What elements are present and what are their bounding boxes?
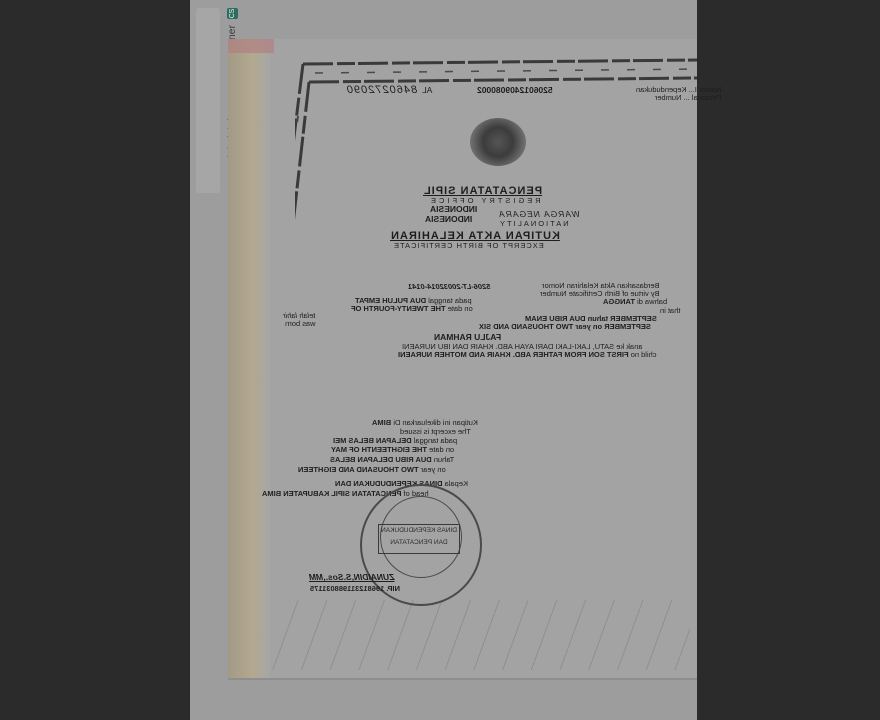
photo-edge-tint bbox=[228, 39, 274, 53]
head-label: Kepala bbox=[445, 479, 468, 488]
issue-year-value-en: TWO THOUSAND AND EIGHTEEN bbox=[298, 465, 419, 474]
signatory-name: ZUNAIDIN,S.Sos.,MM bbox=[309, 572, 394, 582]
certificate-number: 5206-LT-20032014-0141 bbox=[408, 282, 490, 291]
nationality-label: WARGA NEGARA bbox=[498, 209, 580, 219]
child-no-label-en: child no bbox=[631, 350, 657, 359]
based-on-label: Berdasarkan Akta Kelahiran Nomor By virt… bbox=[540, 282, 660, 298]
issue-date-label: pada tanggal bbox=[414, 436, 457, 445]
was-born-label: telah lahir was born bbox=[283, 312, 316, 328]
certificate-title-en: EXCERPT OF BIRTH CERTIFICATE bbox=[393, 241, 544, 250]
photo-edge-strip bbox=[228, 39, 270, 680]
issue-year-row: Tahun DUA RIBU DELAPAN BELAS bbox=[330, 455, 454, 464]
birth-date-label-en: on date bbox=[448, 304, 473, 313]
child-name: FAJLU RAHMAN bbox=[434, 332, 501, 342]
issue-year-row-en: on year TWO THOUSAND AND EIGHTEEN bbox=[298, 465, 446, 474]
camscanner-logo-icon: CS bbox=[227, 8, 238, 19]
issue-date-value-en: THE EIGHTEENTH OF MAY bbox=[331, 445, 427, 454]
serial-prefix: AL bbox=[422, 85, 432, 95]
issue-year-label-en: on year bbox=[421, 465, 446, 474]
office-country: INDONESIA bbox=[430, 204, 477, 214]
issued-label-en: The excerpt is issued bbox=[400, 427, 471, 436]
issue-year-value: DUA RIBU DELAPAN BELAS bbox=[330, 455, 432, 464]
issued-at-row: Kutipan ini dikeluarkan Di BIMA bbox=[372, 418, 478, 427]
was-born-label-en: was born bbox=[283, 320, 316, 328]
issued-at-value: BIMA bbox=[372, 418, 391, 427]
garuda-emblem-icon bbox=[470, 118, 526, 166]
child-no-row-en: child no FIRST SON FROM FATHER ABD. KHAI… bbox=[398, 350, 657, 359]
birth-date-row-en: on date THE TWENTY-FOURTH OF bbox=[351, 304, 473, 313]
nik-number: 5206012409080002 bbox=[477, 85, 553, 95]
stamp-box: DINAS KEPENDUDUKAN DAN PENCATATAN bbox=[378, 524, 460, 554]
camscanner-watermark: CS Dipindai dengan CamScanner bbox=[196, 8, 220, 193]
issue-year-label: Tahun bbox=[434, 455, 454, 464]
head-value-2: PENCATATAN SIPIL KABUPATEN BIMA bbox=[262, 489, 401, 498]
photo-bottom-edge bbox=[228, 678, 697, 680]
that-in-label-en: that in bbox=[660, 306, 680, 315]
serial-number: 8460272090 bbox=[346, 84, 417, 96]
birth-month-year-en: SEPTEMBER on year TWO THOUSAND AND SIX bbox=[479, 322, 651, 331]
issue-date-row: pada tanggal DELAPAN BELAS MEI bbox=[333, 436, 457, 445]
nationality-value: INDONESIA bbox=[425, 214, 472, 224]
that-in-row: bahwa di TANGGA bbox=[603, 297, 667, 306]
issue-date-value: DELAPAN BELAS MEI bbox=[333, 436, 412, 445]
child-no-value-en: FIRST SON FROM FATHER ABD. KHAIR AND MOT… bbox=[398, 350, 629, 359]
background-scribbles bbox=[270, 600, 690, 670]
stamp-line-2: DAN PENCATATAN bbox=[379, 537, 459, 549]
that-in-value: TANGGA bbox=[603, 297, 635, 306]
signatory-nip: NIP. 196812311988031175 bbox=[310, 584, 400, 593]
nationality-label-en: NATIONALITY bbox=[498, 219, 569, 228]
header-small-label: Nomor I... Kependudukan Personal ... Num… bbox=[636, 86, 721, 102]
stamp-line-1: DINAS KEPENDUDUKAN bbox=[379, 525, 459, 537]
issue-date-label-en: on date bbox=[429, 445, 454, 454]
issue-date-row-en: on date THE EIGHTEENTH OF MAY bbox=[331, 445, 454, 454]
header-small-line-2: Personal ... Number bbox=[636, 94, 721, 102]
birth-date-value-en: THE TWENTY-FOURTH OF bbox=[351, 304, 446, 313]
that-in-label: bahwa di bbox=[637, 297, 667, 306]
issued-at-label: Kutipan ini dikeluarkan Di bbox=[393, 418, 478, 427]
